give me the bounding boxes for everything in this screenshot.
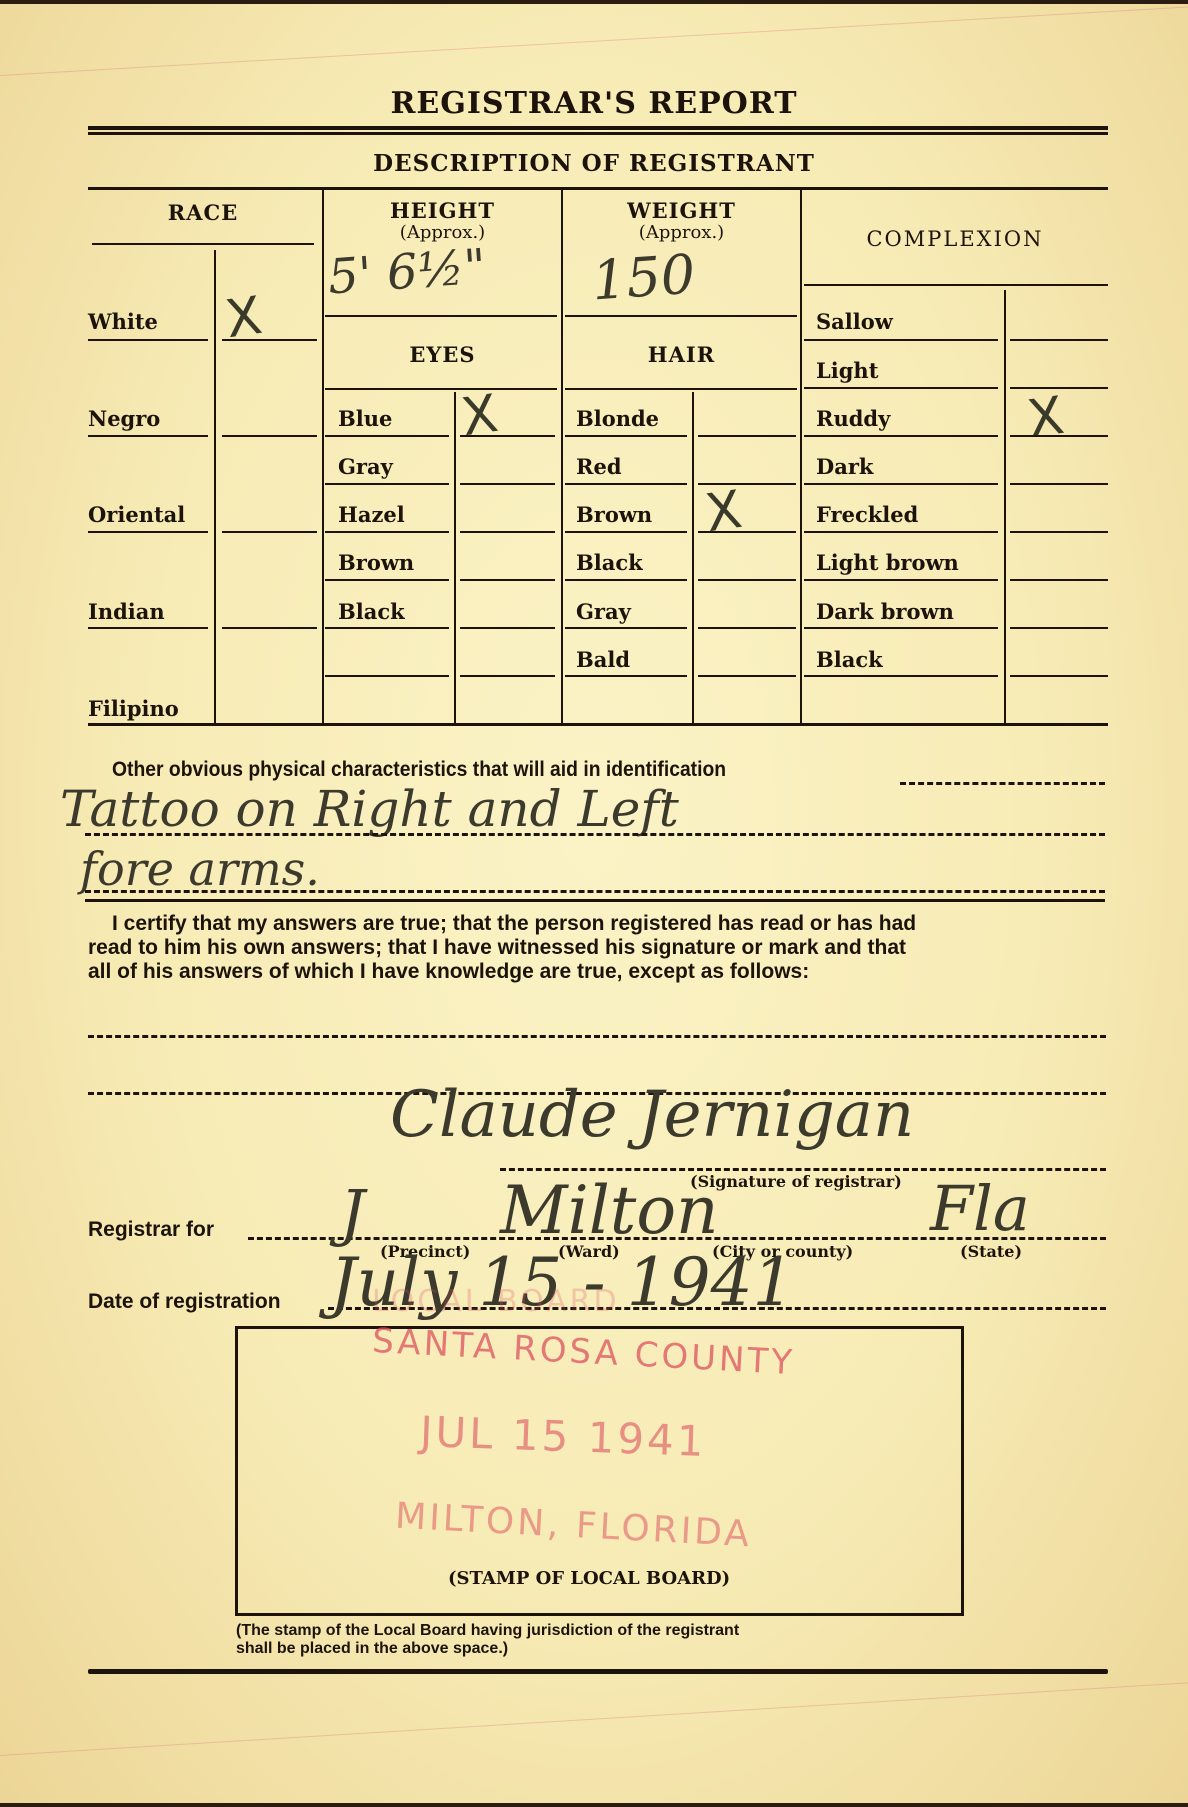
- row-rule: [698, 627, 796, 629]
- height-rule: [325, 315, 557, 317]
- stamp-footnote: (The stamp of the Local Board having jur…: [236, 1622, 739, 1658]
- eyes-option-brown: Brown: [338, 551, 414, 575]
- row-rule: [1010, 435, 1108, 437]
- weight-label: WEIGHT: [627, 198, 736, 223]
- hair-checkbox-divider: [692, 392, 694, 725]
- column-divider: [322, 190, 324, 725]
- title-rule-bottom: [88, 132, 1108, 135]
- row-rule: [460, 435, 555, 437]
- eyes-option-black: Black: [338, 600, 405, 624]
- row-rule: [565, 531, 687, 533]
- race-option-oriental: Oriental: [88, 503, 185, 527]
- complexion-option-ruddy: Ruddy: [816, 407, 890, 431]
- certification-line-2: read to him his own answers; that I have…: [88, 936, 916, 960]
- table-top-rule: [88, 187, 1108, 190]
- row-rule: [460, 531, 555, 533]
- registrar-for-label: Registrar for: [88, 1218, 214, 1242]
- registrar-city-value: Milton: [500, 1172, 719, 1249]
- complexion-ruddy-checkmark: X: [1025, 390, 1068, 446]
- hair-option-blonde: Blonde: [576, 407, 659, 431]
- height-label: HEIGHT: [390, 198, 495, 223]
- row-rule: [1010, 675, 1108, 677]
- characteristics-line-2: [85, 833, 1105, 836]
- hair-option-black: Black: [576, 551, 643, 575]
- signature-label: (Signature of registrar): [690, 1172, 902, 1191]
- row-rule: [804, 675, 998, 677]
- row-rule: [325, 579, 449, 581]
- race-option-indian: Indian: [88, 600, 165, 624]
- registrar-precinct-value: J: [340, 1176, 365, 1249]
- row-rule: [698, 531, 796, 533]
- weight-approx-label: (Approx.): [563, 222, 800, 244]
- stamp-date: JUL 15 1941: [419, 1407, 707, 1466]
- column-divider: [800, 190, 802, 725]
- race-heading: RACE: [88, 202, 318, 224]
- race-heading-rule: [92, 243, 314, 245]
- characteristics-line-1: [900, 782, 1105, 785]
- row-rule: [325, 531, 449, 533]
- row-rule: [460, 627, 555, 629]
- complexion-option-light: Light: [816, 359, 878, 383]
- eyes-heading: EYES: [324, 344, 561, 366]
- row-rule: [698, 435, 796, 437]
- page-title: REGISTRAR'S REPORT: [0, 86, 1188, 121]
- row-rule: [460, 483, 555, 485]
- paper-crease: [0, 1682, 1188, 1756]
- state-label: (State): [960, 1242, 1022, 1261]
- certification-line-1: I certify that my answers are true; that…: [88, 912, 916, 936]
- characteristics-bottom-rule: [85, 899, 1105, 902]
- complexion-option-dark: Dark: [816, 455, 873, 479]
- footnote-line-2: shall be placed in the above space.): [236, 1640, 739, 1658]
- card-top-edge: [0, 0, 1188, 4]
- row-rule: [1010, 339, 1108, 341]
- section-title: DESCRIPTION OF REGISTRANT: [0, 150, 1188, 177]
- row-rule: [804, 387, 998, 389]
- row-rule: [325, 675, 449, 677]
- row-rule: [460, 579, 555, 581]
- complexion-option-sallow: Sallow: [816, 310, 893, 334]
- hair-option-gray: Gray: [576, 600, 631, 624]
- characteristics-value-line2: fore arms.: [80, 842, 320, 896]
- race-white-checkmark: X: [223, 290, 266, 346]
- row-rule: [1010, 627, 1108, 629]
- row-rule: [804, 627, 998, 629]
- eyes-option-gray: Gray: [338, 455, 393, 479]
- eyes-option-hazel: Hazel: [338, 503, 405, 527]
- row-rule: [804, 435, 998, 437]
- eyes-heading-rule: [325, 388, 557, 390]
- hair-heading-rule: [565, 388, 797, 390]
- row-rule: [1010, 483, 1108, 485]
- registrar-state-value: Fla: [930, 1172, 1030, 1245]
- hair-option-brown: Brown: [576, 503, 652, 527]
- complexion-heading: COMPLEXION: [802, 228, 1108, 250]
- row-rule: [1010, 579, 1108, 581]
- table-bottom-rule: [88, 723, 1108, 726]
- hair-option-red: Red: [576, 455, 622, 479]
- row-rule: [804, 531, 998, 533]
- weight-rule: [565, 315, 797, 317]
- characteristics-line-3: [85, 890, 1105, 893]
- draft-registration-card: REGISTRAR'S REPORT DESCRIPTION OF REGIST…: [0, 0, 1188, 1807]
- complexion-option-freckled: Freckled: [816, 503, 918, 527]
- stamp-local-board: LOCAL BOARD: [372, 1284, 620, 1319]
- exceptions-line-1: [88, 1035, 1106, 1038]
- row-rule: [1010, 387, 1108, 389]
- complexion-option-black: Black: [816, 648, 883, 672]
- complexion-option-light-brown: Light brown: [816, 551, 959, 575]
- row-rule: [804, 483, 998, 485]
- row-rule: [698, 675, 796, 677]
- characteristics-label: Other obvious physical characteristics t…: [112, 758, 726, 782]
- eyes-option-blue: Blue: [338, 407, 392, 431]
- row-rule: [698, 579, 796, 581]
- row-rule: [804, 339, 998, 341]
- weight-heading: WEIGHT (Approx.): [563, 200, 800, 244]
- eyes-checkbox-divider: [454, 392, 456, 725]
- complexion-heading-rule: [804, 284, 1108, 286]
- row-rule: [325, 483, 449, 485]
- row-rule: [325, 435, 449, 437]
- registrar-signature: Claude Jernigan: [390, 1078, 914, 1152]
- height-value: 5' 6½": [326, 239, 488, 306]
- footnote-line-1: (The stamp of the Local Board having jur…: [236, 1622, 739, 1640]
- bottom-rule: [88, 1669, 1108, 1674]
- row-rule: [698, 483, 796, 485]
- row-rule: [565, 579, 687, 581]
- race-option-white: White: [88, 310, 158, 334]
- row-rule: [460, 675, 555, 677]
- row-rule: [565, 675, 687, 677]
- date-of-registration-label: Date of registration: [88, 1290, 281, 1314]
- row-rule: [804, 579, 998, 581]
- row-rule: [565, 627, 687, 629]
- race-checkbox-divider: [214, 250, 216, 725]
- race-option-negro: Negro: [88, 407, 160, 431]
- title-rule-top: [88, 126, 1108, 130]
- paper-crease: [0, 6, 1188, 76]
- complexion-option-dark-brown: Dark brown: [816, 600, 954, 624]
- hair-heading: HAIR: [563, 344, 800, 366]
- row-rule: [1010, 531, 1108, 533]
- card-bottom-edge: [0, 1803, 1188, 1807]
- row-rule: [325, 627, 449, 629]
- row-rule: [565, 483, 687, 485]
- signature-line: [500, 1168, 1106, 1171]
- complexion-checkbox-divider: [1004, 290, 1006, 725]
- characteristics-value-line1: Tattoo on Right and Left: [60, 780, 679, 838]
- certification-line-3: all of his answers of which I have knowl…: [88, 960, 916, 984]
- certification-text: I certify that my answers are true; that…: [88, 912, 916, 984]
- stamp-caption: (STAMP OF LOCAL BOARD): [448, 1568, 730, 1589]
- height-heading: HEIGHT (Approx.): [324, 200, 561, 244]
- column-divider: [561, 190, 563, 725]
- row-rule: [565, 435, 687, 437]
- weight-value: 150: [590, 242, 697, 312]
- race-option-filipino: Filipino: [88, 697, 179, 721]
- hair-option-bald: Bald: [576, 648, 630, 672]
